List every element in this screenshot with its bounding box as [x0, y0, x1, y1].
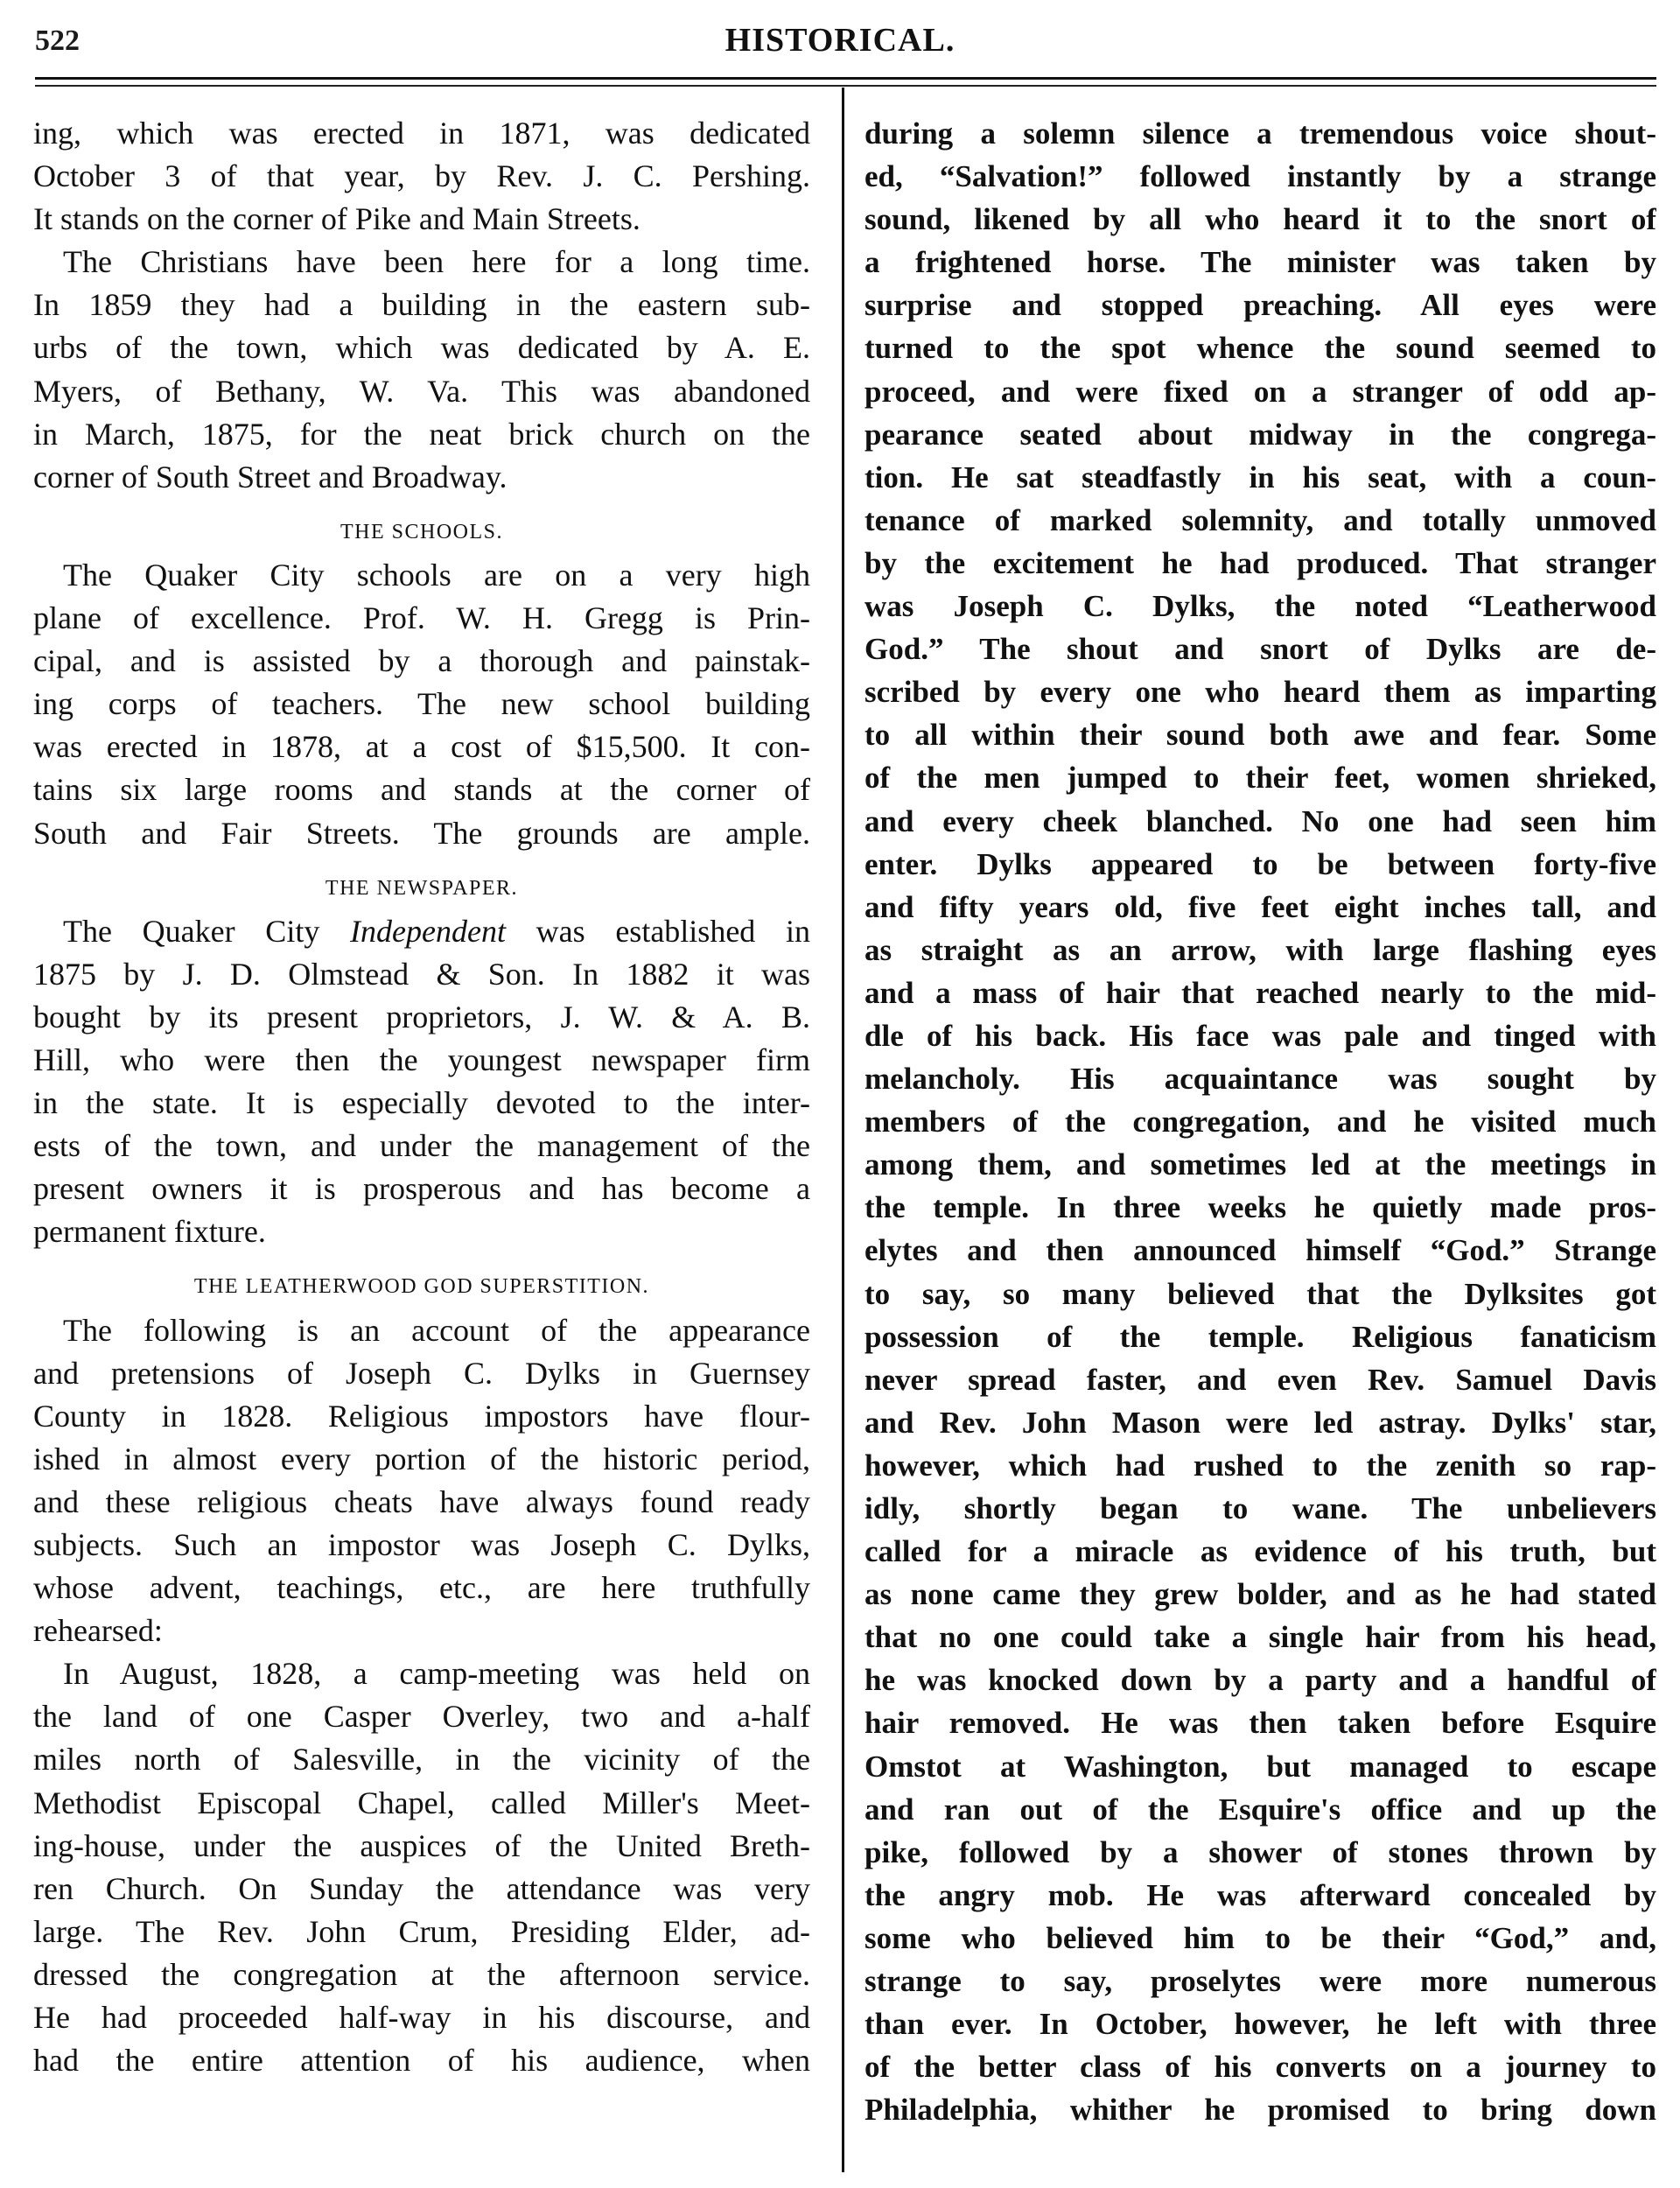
text-line: never spread faster, and even Rev. Samue… [864, 1358, 1656, 1401]
text-line: that no one could take a single hair fro… [864, 1616, 1656, 1659]
text-line: surprise and stopped preaching. All eyes… [864, 284, 1656, 326]
text-line: in the state. It is especially devoted t… [33, 1082, 810, 1125]
newspaper-title-italic: Independent [350, 914, 506, 949]
text-line: some who believed him to be their “God,”… [864, 1917, 1656, 1960]
text-line: The Quaker City Independent was establis… [33, 910, 810, 953]
paragraph-schools: The Quaker City schools are on a very hi… [33, 554, 810, 855]
paragraph-newspaper: The Quaker City Independent was establis… [33, 910, 810, 1254]
right-column: during a solemn silence a tremendous voi… [864, 112, 1656, 2131]
text-line: pearance seated about midway in the cong… [864, 413, 1656, 456]
text-line: possession of the temple. Religious fana… [864, 1315, 1656, 1358]
text-line: scribed by every one who heard them as i… [864, 670, 1656, 713]
text-line: subjects. Such an impostor was Joseph C.… [33, 1524, 810, 1567]
text-line: than ever. In October, however, he left … [864, 2002, 1656, 2045]
text-line: as straight as an arrow, with large flas… [864, 929, 1656, 971]
text-line: melancholy. His acquaintance was sought … [864, 1057, 1656, 1100]
text-line: the angry mob. He was afterward conceale… [864, 1874, 1656, 1917]
text-line: Omstot at Washington, but managed to esc… [864, 1745, 1656, 1788]
text-line: ing corps of teachers. The new school bu… [33, 683, 810, 726]
text-line: 1875 by J. D. Olmstead & Son. In 1882 it… [33, 953, 810, 996]
text-line: County in 1828. Religious impostors have… [33, 1395, 810, 1438]
text-line: Methodist Episcopal Chapel, called Mille… [33, 1782, 810, 1825]
paragraph-church-continued: ing, which was erected in 1871, was dedi… [33, 112, 810, 241]
text-line: and these religious cheats have always f… [33, 1481, 810, 1524]
text-line: ests of the town, and under the manageme… [33, 1125, 810, 1168]
text-line: idly, shortly began to wane. The unbelie… [864, 1487, 1656, 1530]
text-line: had the entire attention of his audience… [33, 2039, 810, 2082]
text-line: enter. Dylks appeared to be between fort… [864, 843, 1656, 886]
text-line: miles north of Salesville, in the vicini… [33, 1738, 810, 1781]
text-line: and fifty years old, five feet eight inc… [864, 886, 1656, 929]
text-line: South and Fair Streets. The grounds are … [33, 812, 810, 855]
column-divider [842, 88, 844, 2172]
text-line: dle of his back. His face was pale and t… [864, 1014, 1656, 1057]
text-line: to all within their sound both awe and f… [864, 713, 1656, 756]
text-line: and every cheek blanched. No one had see… [864, 800, 1656, 843]
text-line: In August, 1828, a camp-meeting was held… [33, 1652, 810, 1695]
text-fragment: was established in [506, 914, 810, 949]
text-line: October 3 of that year, by Rev. J. C. Pe… [33, 155, 810, 198]
text-line: urbs of the town, which was dedicated by… [33, 326, 810, 369]
text-line: The Christians have been here for a long… [33, 241, 810, 284]
text-line: pike, followed by a shower of stones thr… [864, 1831, 1656, 1874]
text-line: The Quaker City schools are on a very hi… [33, 554, 810, 597]
header-rule-bottom [35, 85, 1656, 87]
text-line: In 1859 they had a building in the easte… [33, 284, 810, 326]
text-line: among them, and sometimes led at the mee… [864, 1143, 1656, 1186]
running-title: HISTORICAL. [0, 21, 1680, 60]
text-line: Myers, of Bethany, W. Va. This was aband… [33, 370, 810, 413]
text-line: was erected in 1878, at a cost of $15,50… [33, 726, 810, 768]
text-line: elytes and then announced himself “God.”… [864, 1229, 1656, 1272]
text-line: by the excitement he had produced. That … [864, 542, 1656, 585]
text-line: corner of South Street and Broadway. [33, 456, 810, 499]
section-heading-leatherwood: THE LEATHERWOOD GOD SUPERSTITION. [33, 1266, 810, 1308]
book-page: 522 HISTORICAL. ing, which was erected i… [0, 0, 1680, 2188]
section-heading-newspaper: THE NEWSPAPER. [33, 867, 810, 910]
text-line: Philadelphia, whither he promised to bri… [864, 2088, 1656, 2131]
section-heading-schools: THE SCHOOLS. [33, 511, 810, 554]
text-line: turned to the spot whence the sound seem… [864, 326, 1656, 369]
text-line: during a solemn silence a tremendous voi… [864, 112, 1656, 155]
text-line: large. The Rev. John Crum, Presiding Eld… [33, 1911, 810, 1953]
text-line: ished in almost every portion of the his… [33, 1438, 810, 1481]
text-line: and pretensions of Joseph C. Dylks in Gu… [33, 1352, 810, 1395]
text-line: members of the congregation, and he visi… [864, 1100, 1656, 1143]
left-column: ing, which was erected in 1871, was dedi… [33, 112, 810, 2082]
text-line: tion. He sat steadfastly in his seat, wi… [864, 456, 1656, 499]
text-line: of the men jumped to their feet, women s… [864, 756, 1656, 799]
text-line: permanent fixture. [33, 1210, 810, 1253]
text-line: rehearsed: [33, 1609, 810, 1652]
paragraph-camp-meeting: In August, 1828, a camp-meeting was held… [33, 1652, 810, 2082]
text-line: in March, 1875, for the neat brick churc… [33, 413, 810, 456]
text-line: proceed, and were fixed on a stranger of… [864, 370, 1656, 413]
text-line: the temple. In three weeks he quietly ma… [864, 1186, 1656, 1229]
text-line: plane of excellence. Prof. W. H. Gregg i… [33, 597, 810, 640]
text-line: was Joseph C. Dylks, the noted “Leatherw… [864, 585, 1656, 628]
paragraph-christians: The Christians have been here for a long… [33, 241, 810, 499]
text-line: hair removed. He was then taken before E… [864, 1701, 1656, 1744]
text-line: It stands on the corner of Pike and Main… [33, 198, 810, 241]
header-rule-top [35, 77, 1656, 80]
text-line: ed, “Salvation!” followed instantly by a… [864, 155, 1656, 198]
text-line: sound, likened by all who heard it to th… [864, 198, 1656, 241]
text-line: of the better class of his converts on a… [864, 2045, 1656, 2088]
text-line: God.” The shout and snort of Dylks are d… [864, 628, 1656, 670]
text-line: and Rev. John Mason were led astray. Dyl… [864, 1401, 1656, 1444]
text-line: and a mass of hair that reached nearly t… [864, 971, 1656, 1014]
paragraph-leatherwood-intro: The following is an account of the appea… [33, 1309, 810, 1653]
text-line: tains six large rooms and stands at the … [33, 768, 810, 811]
text-line: strange to say, proselytes were more num… [864, 1960, 1656, 2002]
text-line: ren Church. On Sunday the attendance was… [33, 1868, 810, 1911]
text-line: present owners it is prosperous and has … [33, 1168, 810, 1210]
text-line: cipal, and is assisted by a thorough and… [33, 640, 810, 683]
text-line: whose advent, teachings, etc., are here … [33, 1567, 810, 1609]
text-line: called for a miracle as evidence of his … [864, 1530, 1656, 1573]
text-line: however, which had rushed to the zenith … [864, 1444, 1656, 1487]
text-line: Hill, who were then the youngest newspap… [33, 1039, 810, 1082]
text-line: to say, so many believed that the Dylksi… [864, 1273, 1656, 1315]
text-line: he was knocked down by a party and a han… [864, 1659, 1656, 1701]
text-line: bought by its present proprietors, J. W.… [33, 996, 810, 1039]
text-line: tenance of marked solemnity, and totally… [864, 499, 1656, 542]
text-line: the land of one Casper Overley, two and … [33, 1695, 810, 1738]
text-line: ing-house, under the auspices of the Uni… [33, 1825, 810, 1868]
text-line: The following is an account of the appea… [33, 1309, 810, 1352]
text-fragment: The Quaker City [63, 914, 350, 949]
text-line: a frightened horse. The minister was tak… [864, 241, 1656, 284]
text-line: dressed the congregation at the afternoo… [33, 1953, 810, 1996]
text-line: and ran out of the Esquire's office and … [864, 1788, 1656, 1831]
text-line: He had proceeded half-way in his discour… [33, 1996, 810, 2039]
text-line: ing, which was erected in 1871, was dedi… [33, 112, 810, 155]
text-line: as none came they grew bolder, and as he… [864, 1573, 1656, 1616]
